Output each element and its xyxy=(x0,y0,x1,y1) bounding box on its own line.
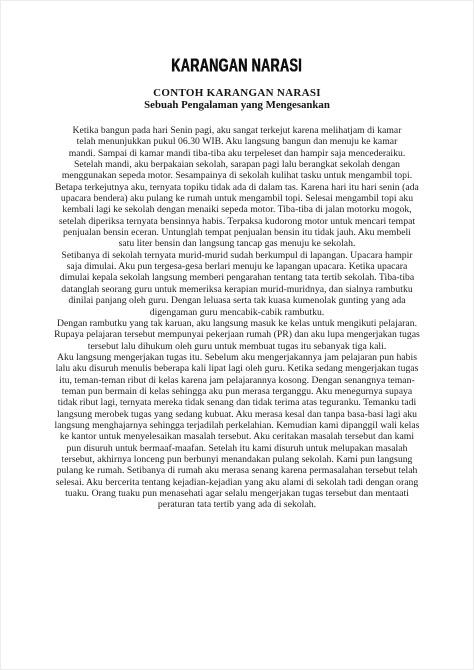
text-line: Ketika bangun pada hari Senin pagi, aku … xyxy=(35,125,439,136)
text-line: dinilai panjang oleh guru. Dengan leluas… xyxy=(35,295,439,306)
text-line: tersebut lalu dihukum oleh guru untuk me… xyxy=(35,341,439,352)
text-line: tersebut, akhirnya lonceng pun berbunyi … xyxy=(35,454,439,465)
text-line: Betapa terkejutnya aku, ternyata topiku … xyxy=(35,182,439,193)
text-line: datanglah seorang guru untuk memeriksa k… xyxy=(35,284,439,295)
document-content: KARANGAN NARASI CONTOH KARANGAN NARASI S… xyxy=(1,1,473,511)
document-page: KARANGAN NARASI CONTOH KARANGAN NARASI S… xyxy=(0,0,474,670)
text-line: selesai. Aku bercerita tentang kejadian-… xyxy=(35,477,439,488)
text-line: langsung merobek tugas yang sedang kubua… xyxy=(35,409,439,420)
text-line: pulang ke rumah. Setibanya di rumah aku … xyxy=(35,465,439,476)
text-line: saja dimulai. Aku pun tergesa-gesa berla… xyxy=(35,261,439,272)
document-title: KARANGAN NARASI xyxy=(172,57,303,75)
text-line: setelah diperiksa ternyata bensinnya hab… xyxy=(35,216,439,227)
text-line: tuaku. Orang tuaku pun menasehati agar s… xyxy=(35,488,439,499)
text-line: menggunakan sepeda motor. Sesampainya di… xyxy=(35,170,439,181)
text-line: Aku langsung mengerjakan tugas itu. Sebe… xyxy=(35,352,439,363)
document-heading: CONTOH KARANGAN NARASI xyxy=(1,88,473,100)
text-line: teman pun bermain di kelas sehingga aku … xyxy=(35,386,439,397)
text-line: mandi. Sampai di kamar mandi tiba-tiba a… xyxy=(35,148,439,159)
text-line: satu liter bensin dan langsung tancap ga… xyxy=(35,238,439,249)
document-body: Ketika bangun pada hari Senin pagi, aku … xyxy=(35,125,439,511)
document-subheading: Sebuah Pengalaman yang Mengesankan xyxy=(1,100,473,112)
text-line: telah menunjukkan pukul 06.30 WIB. Aku l… xyxy=(35,136,439,147)
text-line: tidak ribut lagi, ternyata mereka tidak … xyxy=(35,397,439,408)
text-line: digengaman guru mencabik-cabik rambutku. xyxy=(35,307,439,318)
title-row: KARANGAN NARASI xyxy=(1,57,473,75)
text-line: peraturan tata tertib yang ada di sekola… xyxy=(35,499,439,510)
text-line: kembali lagi ke sekolah dengan menaiki s… xyxy=(35,204,439,215)
text-line: pun disuruh untuk bermaaf-maafan. Setela… xyxy=(35,443,439,454)
text-line: dimulai kepala sekolah langsung memberi … xyxy=(35,272,439,283)
text-line: langsung menghajarnya sehingga terjadila… xyxy=(35,420,439,431)
text-line: Dengan rambutku yang tak karuan, aku lan… xyxy=(35,318,439,329)
text-line: penjualan bensin eceran. Untunglah tempa… xyxy=(35,227,439,238)
text-line: upacara bendera) aku pulang ke rumah unt… xyxy=(35,193,439,204)
text-line: lalu aku disuruh menulis beberapa kali l… xyxy=(35,363,439,374)
text-line: itu, teman-teman ribut di kelas karena j… xyxy=(35,375,439,386)
text-line: Setelah mandi, aku berpakaian sekolah, s… xyxy=(35,159,439,170)
text-line: Setibanya di sekolah ternyata murid-muri… xyxy=(35,250,439,261)
text-line: Rupaya pelajaran tersebut mempunyai peke… xyxy=(35,329,439,340)
text-line: ke kantor untuk menyelesaikan masalah te… xyxy=(35,431,439,442)
